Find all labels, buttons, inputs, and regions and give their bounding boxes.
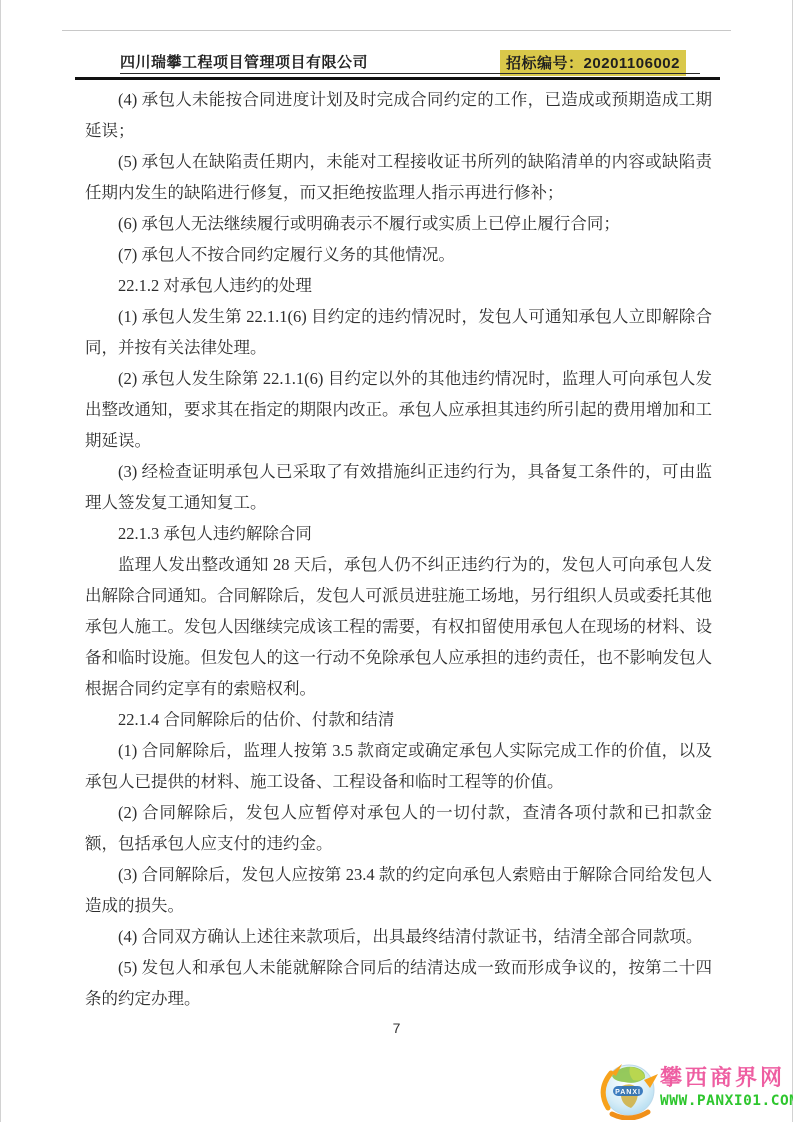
paragraph: (3) 合同解除后，发包人应按第 23.4 款的约定向承包人索赔由于解除合同给发… <box>85 859 712 921</box>
watermark-text: 攀西商界网 WWW.PANXI01.COM <box>660 1066 793 1110</box>
paragraph: (2) 合同解除后，发包人应暂停对承包人的一切付款，查清各项付款和已扣款金额，包… <box>85 797 712 859</box>
paragraph: (1) 承包人发生第 22.1.1(6) 目约定的违约情况时，发包人可通知承包人… <box>85 301 712 363</box>
scan-top-line <box>62 30 731 31</box>
paragraph: (5) 承包人在缺陷责任期内，未能对工程接收证书所列的缺陷清单的内容或缺陷责任期… <box>85 146 712 208</box>
document-body: (4) 承包人未能按合同进度计划及时完成合同约定的工作，已造成或预期造成工期延误… <box>85 84 712 1014</box>
paragraph: (1) 合同解除后，监理人按第 3.5 款商定或确定承包人实际完成工作的价值，以… <box>85 735 712 797</box>
watermark-site-name: 攀西商界网 <box>660 1066 793 1090</box>
document-page: 四川瑞攀工程项目管理项目有限公司 招标编号：20201106002 (4) 承包… <box>0 0 793 1122</box>
paragraph: (4) 承包人未能按合同进度计划及时完成合同约定的工作，已造成或预期造成工期延误… <box>85 84 712 146</box>
paragraph: 22.1.3 承包人违约解除合同 <box>85 518 712 549</box>
paragraph: 22.1.2 对承包人违约的处理 <box>85 270 712 301</box>
paragraph: (5) 发包人和承包人未能就解除合同后的结清达成一致而形成争议的，按第二十四条的… <box>85 952 712 1014</box>
paragraph: (3) 经检查证明承包人已采取了有效措施纠正违约行为，具备复工条件的，可由监理人… <box>85 456 712 518</box>
paragraph: (7) 承包人不按合同约定履行义务的其他情况。 <box>85 239 712 270</box>
watermark-site-url[interactable]: WWW.PANXI01.COM <box>660 1092 793 1110</box>
header-rule <box>75 77 720 80</box>
header-underline <box>120 73 700 74</box>
company-name: 四川瑞攀工程项目管理项目有限公司 <box>120 51 368 72</box>
paragraph: (4) 合同双方确认上述往来款项后，出具最终结清付款证书，结清全部合同款项。 <box>85 921 712 952</box>
site-watermark: PANXI 攀西商界网 WWW.PANXI01.COM <box>598 1058 793 1122</box>
paragraph: 22.1.4 合同解除后的估价、付款和结清 <box>85 704 712 735</box>
page-header: 四川瑞攀工程项目管理项目有限公司 招标编号：20201106002 <box>120 50 700 72</box>
globe-logo-label: PANXI <box>615 1089 641 1096</box>
paragraph: (2) 承包人发生除第 22.1.1(6) 目约定以外的其他违约情况时，监理人可… <box>85 363 712 456</box>
globe-logo-icon: PANXI <box>600 1060 658 1120</box>
page-number: 7 <box>0 1020 793 1036</box>
paragraph: 监理人发出整改通知 28 天后，承包人仍不纠正违约行为的，发包人可向承包人发出解… <box>85 549 712 704</box>
scan-edge-left <box>0 0 1 1122</box>
paragraph: (6) 承包人无法继续履行或明确表示不履行或实质上已停止履行合同； <box>85 208 712 239</box>
